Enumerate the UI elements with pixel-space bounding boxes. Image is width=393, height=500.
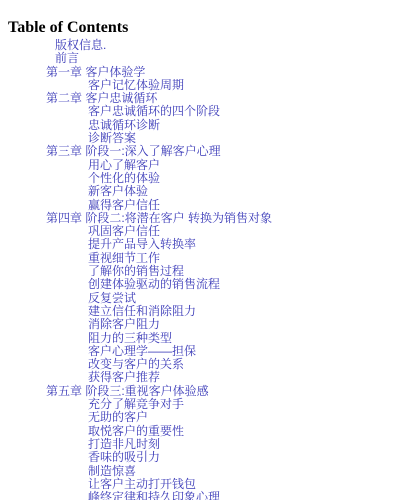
toc-item: 创建体验驱动的销售流程 [0,278,393,291]
toc-link[interactable]: 客户忠诚循环的四个阶段 [88,104,220,118]
toc-link[interactable]: 前言 [55,51,79,65]
toc-item: 第五章 阶段三:重视客户体验感 [0,385,393,398]
toc-item: 用心了解客户 [0,159,393,172]
toc-link[interactable]: 忠诚循环诊断 [88,118,160,132]
toc-item: 制造惊喜 [0,465,393,478]
toc-link[interactable]: 客户心理学——担保 [88,344,196,358]
toc-link[interactable]: 峰终定律和持久印象心理 [88,490,220,500]
toc-link[interactable]: 香味的吸引力 [88,450,160,464]
toc-item: 消除客户阻力 [0,318,393,331]
toc-link[interactable]: 第三章 阶段一:深入了解客户心理 [46,144,221,158]
toc-link[interactable]: 了解你的销售过程 [88,264,184,278]
page-title: Table of Contents [8,19,128,37]
toc-item: 香味的吸引力 [0,451,393,464]
toc-item: 新客户体验 [0,185,393,198]
toc-item: 充分了解竞争对手 [0,398,393,411]
toc-item: 打造非凡时刻 [0,438,393,451]
toc-item: 取悦客户的重要性 [0,425,393,438]
toc-link[interactable]: 客户记忆体验周期 [88,78,184,92]
toc-item: 第三章 阶段一:深入了解客户心理 [0,145,393,158]
toc-link[interactable]: 版权信息. [55,38,106,52]
toc-link[interactable]: 充分了解竞争对手 [88,397,184,411]
toc-item: 阻力的三种类型 [0,332,393,345]
toc-item: 客户忠诚循环的四个阶段 [0,105,393,118]
toc-item: 忠诚循环诊断 [0,119,393,132]
toc-item: 第一章 客户体验学 [0,66,393,79]
toc-link[interactable]: 无助的客户 [88,410,148,424]
toc-item: 峰终定律和持久印象心理 [0,491,393,500]
toc-link[interactable]: 让客户主动打开钱包 [88,477,196,491]
toc-link[interactable]: 反复尝试 [88,291,136,305]
toc-link[interactable]: 第四章 阶段二:将潜在客户 转换为销售对象 [46,211,272,225]
toc-link[interactable]: 用心了解客户 [88,158,160,172]
toc-link[interactable]: 制造惊喜 [88,464,136,478]
toc-item: 反复尝试 [0,292,393,305]
toc-item: 改变与客户的关系 [0,358,393,371]
toc-page: Table of Contents 版权信息. 前言 第一章 客户体验学 客户记… [0,0,393,500]
toc-link[interactable]: 提升产品导入转换率 [88,237,196,251]
toc-link[interactable]: 打造非凡时刻 [88,437,160,451]
toc-link[interactable]: 新客户体验 [88,184,148,198]
toc-item: 第四章 阶段二:将潜在客户 转换为销售对象 [0,212,393,225]
toc-link[interactable]: 消除客户阻力 [88,317,160,331]
toc-link[interactable]: 阻力的三种类型 [88,331,172,345]
toc-link[interactable]: 获得客户推荐 [88,370,160,384]
toc-item: 个性化的体验 [0,172,393,185]
toc-link[interactable]: 取悦客户的重要性 [88,424,184,438]
toc-link[interactable]: 第一章 客户体验学 [46,65,145,79]
toc-link[interactable]: 第五章 阶段三:重视客户体验感 [46,384,209,398]
toc-item: 巩固客户信任 [0,225,393,238]
toc-link[interactable]: 个性化的体验 [88,171,160,185]
toc-item: 无助的客户 [0,411,393,424]
toc-item: 赢得客户信任 [0,199,393,212]
toc-item: 前言 [0,52,393,65]
toc-item: 获得客户推荐 [0,371,393,384]
toc-link[interactable]: 赢得客户信任 [88,198,160,212]
toc-item: 建立信任和消除阻力 [0,305,393,318]
toc-list: 版权信息. 前言 第一章 客户体验学 客户记忆体验周期 第二章 客户忠诚循环 客… [0,39,393,500]
toc-item: 重视细节工作 [0,252,393,265]
toc-link[interactable]: 诊断答案 [88,131,136,145]
toc-item: 提升产品导入转换率 [0,238,393,251]
toc-link[interactable]: 创建体验驱动的销售流程 [88,277,220,291]
toc-item: 客户心理学——担保 [0,345,393,358]
toc-link[interactable]: 建立信任和消除阻力 [88,304,196,318]
toc-link[interactable]: 重视细节工作 [88,251,160,265]
